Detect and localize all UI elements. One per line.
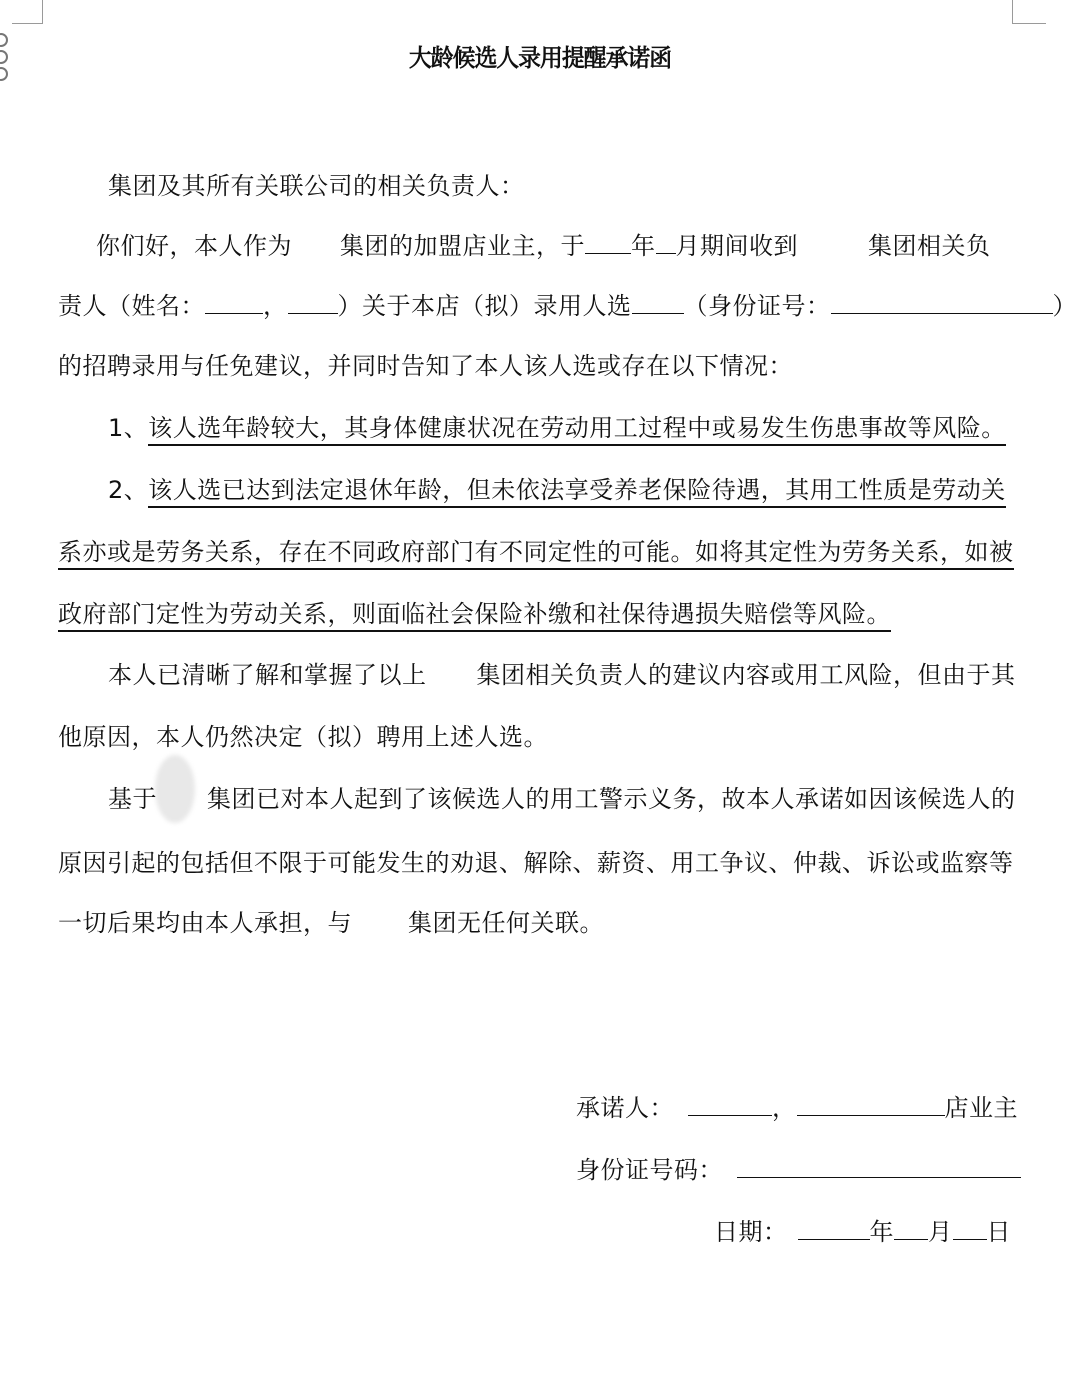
date-year-blank[interactable] [798, 1219, 870, 1240]
para3-line3: 一切后果均由本人承担，与集团无任何关联。 [58, 903, 604, 938]
store-blank[interactable] [797, 1095, 945, 1116]
promisor-line: 承诺人：，店业主 [576, 1088, 1018, 1123]
para1-line1: 你们好，本人作为集团的加盟店业主，于年月期间收到集团相关负 [96, 226, 991, 261]
item2-line2: 系亦或是劳务关系，存在不同政府部门有不同定性的可能。如将其定性为劳务关系，如被 [58, 532, 1014, 567]
para3-line2: 原因引起的包括但不限于可能发生的劝退、解除、薪资、用工争议、仲裁、诉讼或监察等 [58, 843, 1014, 878]
promisor-name-blank[interactable] [688, 1095, 772, 1116]
item1: 1、该人选年龄较大，其身体健康状况在劳动用工过程中或易发生伤患事故等风险。 [108, 408, 1006, 443]
year-blank[interactable] [585, 233, 631, 254]
item2-line1: 2、该人选已达到法定退休年龄，但未依法享受养老保险待遇，其用工性质是劳动关 [108, 470, 1006, 505]
page-corner-mark-right [1012, 0, 1046, 24]
page-corner-mark-left [12, 0, 43, 24]
date-day-blank[interactable] [953, 1219, 987, 1240]
para2-line2: 他原因，本人仍然决定（拟）聘用上述人选。 [58, 717, 548, 752]
id-number-blank[interactable] [831, 293, 1053, 314]
name-blank-1[interactable] [205, 293, 263, 314]
id-blank[interactable] [737, 1157, 1021, 1178]
date-month-blank[interactable] [894, 1219, 928, 1240]
addressee: 集团及其所有关联公司的相关负责人： [108, 166, 525, 201]
para1-line2: 责人（姓名：，）关于本店（拟）录用人选（身份证号：） [58, 286, 1077, 321]
id-line: 身份证号码： [576, 1150, 1021, 1185]
candidate-blank[interactable] [632, 293, 684, 314]
para3-line1: 基于集团已对本人起到了该候选人的用工警示义务，故本人承诺如因该候选人的 [108, 779, 1016, 814]
para2-line1: 本人已清晰了解和掌握了以上集团相关负责人的建议内容或用工风险，但由于其 [108, 655, 1016, 690]
drag-handle-icon [0, 33, 8, 84]
name-blank-2[interactable] [288, 293, 338, 314]
item2-line3: 政府部门定性为劳动关系，则面临社会保险补缴和社保待遇损失赔偿等风险。 [58, 594, 891, 629]
para1-line3: 的招聘录用与任免建议，并同时告知了本人该人选或存在以下情况： [58, 346, 793, 381]
month-blank[interactable] [656, 233, 676, 254]
document-title: 大龄候选人录用提醒承诺函 [27, 38, 1053, 73]
date-line: 日期：年月日 [714, 1212, 1011, 1247]
